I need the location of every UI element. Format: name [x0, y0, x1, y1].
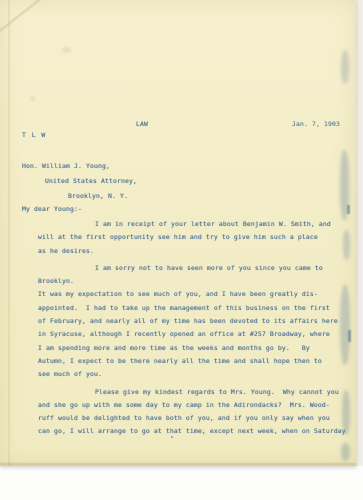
paper-bottom-edge: [0, 463, 356, 465]
letter-date: Jan. 7, 1903: [292, 120, 340, 128]
ink-smudge-artifact: [340, 150, 349, 220]
paper-crease-artifact: [8, 0, 11, 466]
ink-smudge-artifact: [341, 443, 350, 461]
paper-stain-artifact: [62, 47, 71, 53]
recipient-location: Brooklyn, N. Y.: [68, 192, 128, 200]
corner-crease-artifact: [0, 0, 46, 35]
salutation: My dear Young:-: [22, 205, 82, 213]
letter-body: I am in receipt of your letter about Ben…: [38, 218, 350, 443]
ink-smudge-artifact: [341, 50, 349, 84]
paper-stain-artifact: [30, 96, 35, 101]
file-note: LAW: [136, 120, 148, 128]
recipient-title: United States Attorney,: [45, 177, 137, 185]
ink-tick-artifact: [347, 205, 350, 214]
paragraph-3: Please give my kindest regards to Mrs. Y…: [38, 386, 350, 439]
paragraph-1: I am in receipt of your letter about Ben…: [38, 218, 350, 258]
scanner-background-strip: [355, 0, 363, 466]
letter-page: LAW Jan. 7, 1903 T L W Hon. William J. Y…: [0, 0, 356, 466]
recipient-name: Hon. William J. Young,: [22, 162, 110, 170]
paragraph-2: I am sorry not to have seen more of you …: [38, 262, 350, 382]
reference-initials: T L W: [22, 131, 46, 139]
